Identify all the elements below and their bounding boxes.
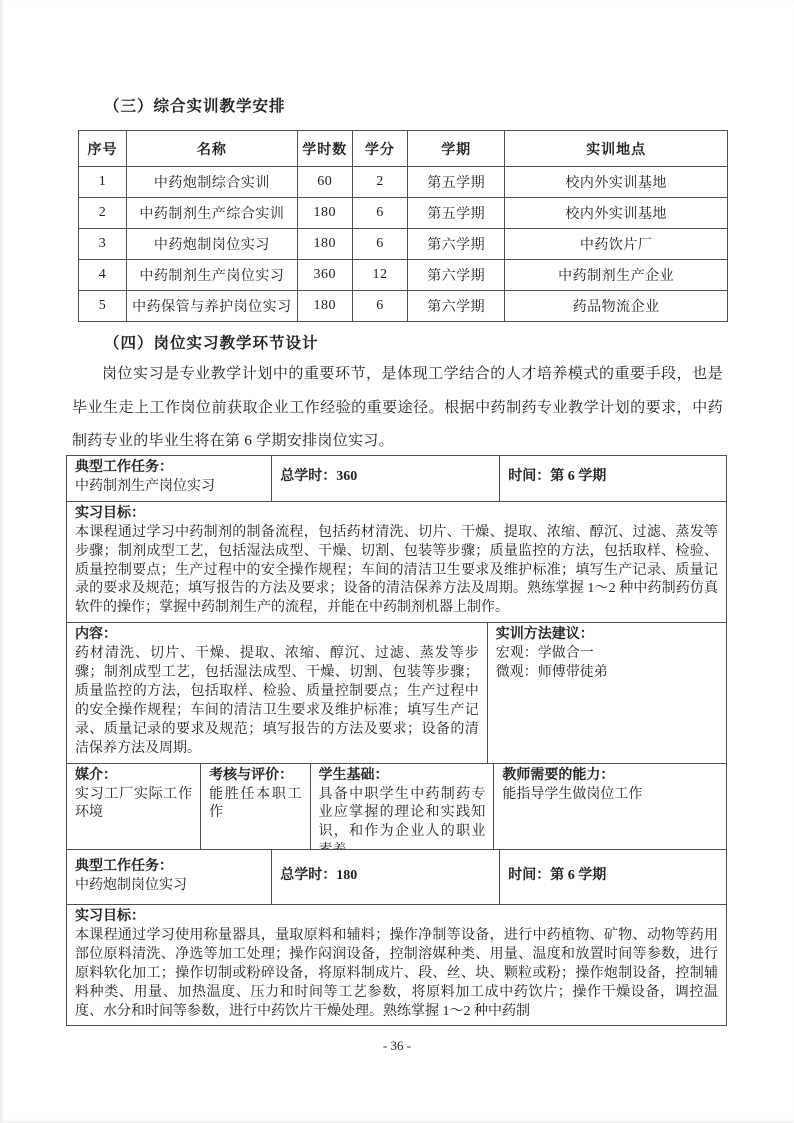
goal-text: 本课程通过学习使用称量器具，量取原料和辅料；操作净制等设备，进行中药植物、矿物、…	[75, 927, 718, 1022]
content-method-row: 内容： 药材清洗、切片、干燥、提取、浓缩、醇沉、过滤、蒸发等步骤；制剂成型工艺，…	[67, 622, 726, 762]
goal-row: 实习目标： 本课程通过学习使用称量器具，量取原料和辅料；操作净制等设备，进行中药…	[67, 904, 726, 1025]
cell-index: 1	[79, 167, 127, 198]
media-text: 实习工厂实际工作环境	[75, 786, 192, 824]
cell-name: 中药炮制岗位实习	[127, 229, 298, 260]
header-cell-credits: 学分	[352, 131, 407, 167]
cell-hours: 180	[297, 291, 352, 322]
cell-name: 中药制剂生产综合实训	[127, 198, 298, 229]
document-page: （三）综合实训教学安排 序号 名称 学时数 学分 学期 实训地点 1 中药炮制综…	[0, 0, 794, 1123]
student-basis-label: 学生基础：	[319, 767, 486, 786]
cell-semester: 第五学期	[408, 198, 505, 229]
cell-hours: 360	[297, 260, 352, 291]
cell-name: 中药炮制综合实训	[127, 167, 298, 198]
table-row: 4 中药制剂生产岗位实习 360 12 第六学期 中药制剂生产企业	[79, 260, 728, 291]
cell-index: 3	[79, 229, 127, 260]
header-cell-hours: 学时数	[297, 131, 352, 167]
goal-row: 实习目标： 本课程通过学习中药制剂的制备流程，包括药材清洗、切片、干燥、提取、浓…	[67, 501, 726, 622]
cell-index: 4	[79, 260, 127, 291]
assessment-text: 能胜任本职工作	[209, 786, 301, 824]
cell-credits: 12	[352, 260, 407, 291]
cell-hours: 60	[297, 167, 352, 198]
cell-index: 5	[79, 291, 127, 322]
cell-semester: 第六学期	[408, 260, 505, 291]
cell-location: 药品物流企业	[505, 291, 728, 322]
cell-location: 中药制剂生产企业	[505, 260, 728, 291]
task-label: 典型工作任务：	[75, 858, 263, 877]
total-hours-cell: 总学时：180	[271, 850, 499, 904]
cell-index: 2	[79, 198, 127, 229]
section3-heading: （三）综合实训教学安排	[104, 94, 286, 116]
cell-credits: 2	[352, 167, 407, 198]
method-micro: 微观：师傅带徒弟	[496, 664, 718, 683]
task-name: 中药炮制岗位实习	[75, 877, 263, 896]
task-header-row: 典型工作任务： 中药炮制岗位实习 总学时：180 时间：第 6 学期	[67, 850, 726, 904]
method-cell: 实训方法建议： 宏观：学做合一 微观：师傅带徒弟	[487, 623, 726, 762]
task-label: 典型工作任务：	[75, 459, 263, 478]
goal-label: 实习目标：	[75, 505, 718, 524]
table-row: 5 中药保管与养护岗位实习 180 6 第六学期 药品物流企业	[79, 291, 728, 322]
task-title-cell: 典型工作任务： 中药炮制岗位实习	[67, 850, 271, 904]
header-cell-location: 实训地点	[505, 131, 728, 167]
cell-hours: 180	[297, 198, 352, 229]
header-cell-index: 序号	[79, 131, 127, 167]
cell-credits: 6	[352, 291, 407, 322]
cell-location: 中药饮片厂	[505, 229, 728, 260]
time-cell: 时间：第 6 学期	[499, 850, 726, 904]
cell-name: 中药制剂生产岗位实习	[127, 260, 298, 291]
task-name: 中药制剂生产岗位实习	[75, 478, 263, 497]
training-arrangement-table: 序号 名称 学时数 学分 学期 实训地点 1 中药炮制综合实训 60 2 第五学…	[78, 130, 728, 322]
goal-cell: 实习目标： 本课程通过学习使用称量器具，量取原料和辅料；操作净制等设备，进行中药…	[67, 905, 726, 1025]
header-cell-name: 名称	[127, 131, 298, 167]
task-header-row: 典型工作任务： 中药制剂生产岗位实习 总学时：360 时间：第 6 学期	[67, 456, 726, 501]
cell-semester: 第六学期	[408, 229, 505, 260]
goal-label: 实习目标：	[75, 908, 718, 927]
method-macro: 宏观：学做合一	[496, 645, 718, 664]
table-row: 3 中药炮制岗位实习 180 6 第六学期 中药饮片厂	[79, 229, 728, 260]
task-box-paozhi: 典型工作任务： 中药炮制岗位实习 总学时：180 时间：第 6 学期 实习目标：…	[66, 849, 727, 1026]
task-box-zhiji: 典型工作任务： 中药制剂生产岗位实习 总学时：360 时间：第 6 学期 实习目…	[66, 455, 727, 866]
cell-semester: 第五学期	[408, 167, 505, 198]
total-hours-cell: 总学时：360	[271, 456, 499, 501]
goal-cell: 实习目标： 本课程通过学习中药制剂的制备流程，包括药材清洗、切片、干燥、提取、浓…	[67, 502, 726, 622]
table-row: 1 中药炮制综合实训 60 2 第五学期 校内外实训基地	[79, 167, 728, 198]
table-header-row: 序号 名称 学时数 学分 学期 实训地点	[79, 131, 728, 167]
page-number: - 36 -	[0, 1038, 794, 1054]
content-label: 内容：	[75, 626, 479, 645]
section4-paragraph: 岗位实习是专业教学计划中的重要环节，是体现工学结合的人才培养模式的重要手段，也是…	[72, 358, 723, 459]
time-cell: 时间：第 6 学期	[499, 456, 726, 501]
cell-location: 校内外实训基地	[505, 167, 728, 198]
teacher-ability-text: 能指导学生做岗位工作	[502, 786, 718, 805]
cell-name: 中药保管与养护岗位实习	[127, 291, 298, 322]
method-label: 实训方法建议：	[496, 626, 718, 645]
section4-heading: （四）岗位实习教学环节设计	[104, 331, 319, 353]
task-title-cell: 典型工作任务： 中药制剂生产岗位实习	[67, 456, 271, 501]
content-text: 药材清洗、切片、干燥、提取、浓缩、醇沉、过滤、蒸发等步骤；制剂成型工艺，包括湿法…	[75, 645, 479, 758]
cell-hours: 180	[297, 229, 352, 260]
content-cell: 内容： 药材清洗、切片、干燥、提取、浓缩、醇沉、过滤、蒸发等步骤；制剂成型工艺，…	[67, 623, 487, 762]
cell-credits: 6	[352, 198, 407, 229]
cell-location: 校内外实训基地	[505, 198, 728, 229]
cell-semester: 第六学期	[408, 291, 505, 322]
media-label: 媒介：	[75, 767, 192, 786]
header-cell-semester: 学期	[408, 131, 505, 167]
goal-text: 本课程通过学习中药制剂的制备流程，包括药材清洗、切片、干燥、提取、浓缩、醇沉、过…	[75, 524, 718, 619]
assessment-label: 考核与评价：	[209, 767, 301, 786]
teacher-ability-label: 教师需要的能力：	[502, 767, 718, 786]
table-row: 2 中药制剂生产综合实训 180 6 第五学期 校内外实训基地	[79, 198, 728, 229]
cell-credits: 6	[352, 229, 407, 260]
